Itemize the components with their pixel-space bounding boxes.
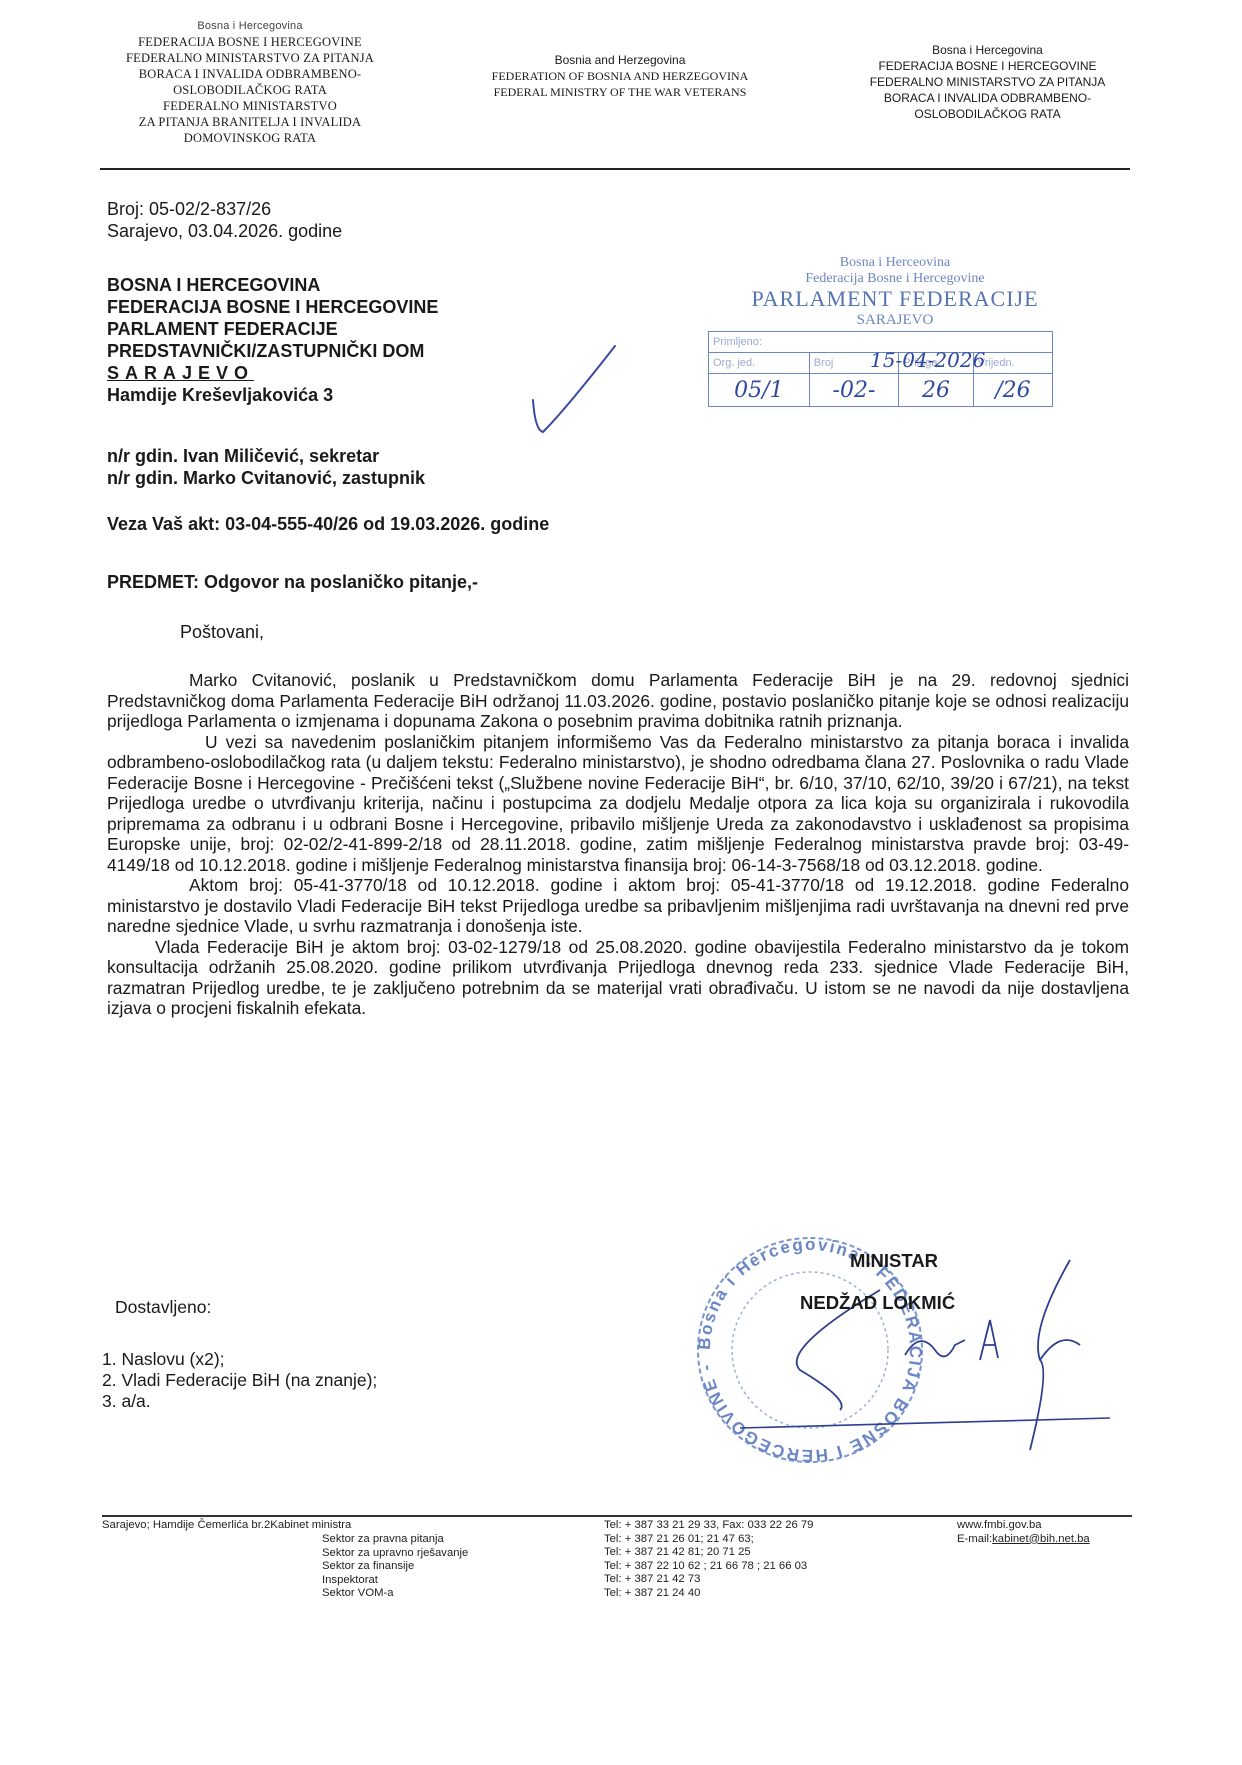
body-paragraph: U vezi sa navedenim poslaničkim pitanjem… [107,732,1129,876]
footer-phone: Tel: + 387 21 24 40 [604,1587,813,1601]
letterhead-right: Bosna i Hercegovina FEDERACIJA BOSNE I H… [830,42,1145,122]
letterhead-left-line: FEDERALNO MINISTARSTVO [80,98,420,114]
letterhead-right-line: Bosna i Hercegovina [830,42,1145,58]
letterhead-divider [100,168,1130,170]
email-label: E-mail: [957,1533,992,1545]
signatory-title: MINISTAR [850,1250,938,1272]
distribution-item: 1. Naslovu (x2); [102,1349,377,1370]
stamp-city: SARAJEVO [700,311,1090,329]
letterhead-right-line: BORACA I INVALIDA ODBRAMBENO- [830,90,1145,106]
distribution-label: Dostavljeno: [115,1297,211,1318]
stamp-header: Org. jed. [709,353,810,374]
checkmark-icon [505,330,625,440]
footer-phone: Tel: + 387 21 42 81; 20 71 25 [604,1546,813,1560]
reference-link: Veza Vaš akt: 03-04-555-40/26 od 19.03.2… [107,514,549,535]
subject-line: PREDMET: Odgovor na poslaničko pitanje,- [107,572,478,593]
letter-body: Marko Cvitanović, poslanik u Predstavnič… [107,670,1129,1019]
footer-sector: Sektor za finansije [322,1560,468,1574]
footer-address: Sarajevo; Hamdije Čemerlića br.2Kabinet … [102,1519,351,1533]
attention-line: n/r gdin. Marko Cvitanović, zastupnik [107,467,425,489]
body-paragraph: Vlada Federacije BiH je aktom broj: 03-0… [107,937,1129,1019]
footer-sector: Kabinet ministra [270,1519,351,1531]
email-link[interactable]: kabinet@bih.net.ba [992,1533,1090,1545]
attention-block: n/r gdin. Ivan Miličević, sekretar n/r g… [107,445,425,489]
recipient-line: BOSNA I HERCEGOVINA [107,274,438,296]
letterhead-middle-line: FEDERAL MINISTRY OF THE WAR VETERANS [420,84,820,100]
footer-sector: Inspektorat [322,1574,468,1588]
reception-stamp: Bosna i Herceovina Federacija Bosne i He… [700,255,1090,407]
recipient-street: Hamdije Kreševljakovića 3 [107,384,438,406]
footer-divider [102,1515,1132,1517]
footer-phone: Tel: + 387 21 42 73 [604,1573,813,1587]
stamp-line: Federacija Bosne i Hercegovine [700,271,1090,287]
footer-sector: Sektor VOM-a [322,1587,468,1601]
letterhead-left-line: FEDERALNO MINISTARSTVO ZA PITANJA [80,50,420,66]
attention-line: n/r gdin. Ivan Miličević, sekretar [107,445,425,467]
letterhead-right-line: OSLOBODILAČKOG RATA [830,106,1145,122]
distribution-list: 1. Naslovu (x2); 2. Vladi Federacije BiH… [102,1349,377,1412]
stamp-line: Bosna i Herceovina [700,255,1090,271]
letterhead-middle-line: Bosnia and Herzegovina [420,52,820,68]
stamp-value: 05/1 [709,374,810,407]
footer-sector: Sektor za pravna pitanja [322,1533,468,1547]
website-link[interactable]: www.fmbi.gov.ba [957,1519,1090,1533]
reference-block: Broj: 05-02/2-837/26 Sarajevo, 03.04.202… [107,198,342,242]
recipient-line: FEDERACIJA BOSNE I HERCEGOVINE [107,296,438,318]
footer-phone: Tel: + 387 33 21 29 33, Fax: 033 22 26 7… [604,1519,813,1533]
footer-phone: Tel: + 387 21 26 01; 21 47 63; [604,1533,813,1547]
distribution-item: 2. Vladi Federacije BiH (na znanje); [102,1370,377,1391]
body-paragraph: Marko Cvitanović, poslanik u Predstavnič… [107,670,1129,732]
footer-sectors: Sektor za pravna pitanja Sektor za uprav… [322,1533,468,1601]
recipient-line: PARLAMENT FEDERACIJE [107,318,438,340]
stamp-received-date: 15-04-2026 [870,348,985,372]
footer-phones: Tel: + 387 33 21 29 33, Fax: 033 22 26 7… [604,1519,813,1601]
stamp-value: -02- [809,374,898,407]
stamp-title: PARLAMENT FEDERACIJE [700,287,1090,311]
stamp-value: /26 [973,374,1052,407]
letterhead-middle-line: FEDERATION OF BOSNIA AND HERZEGOVINA [420,68,820,84]
recipient-line: PREDSTAVNIČKI/ZASTUPNIČKI DOM [107,340,438,362]
letterhead-right-line: FEDERALNO MINISTARSTVO ZA PITANJA [830,74,1145,90]
footer-phone: Tel: + 387 22 10 62 ; 21 66 78 ; 21 66 0… [604,1560,813,1574]
footer-contact: www.fmbi.gov.ba E-mail:kabinet@bih.net.b… [957,1519,1090,1546]
stamp-value: 26 [899,374,974,407]
letterhead-left-line: BORACA I INVALIDA ODBRAMBENO- [80,66,420,82]
letterhead-left-line: Bosna i Hercegovina [80,18,420,34]
reference-place-date: Sarajevo, 03.04.2026. godine [107,220,342,242]
letterhead-left: Bosna i Hercegovina FEDERACIJA BOSNE I H… [80,18,420,146]
salutation: Poštovani, [180,622,264,643]
footer-address-text: Sarajevo; Hamdije Čemerlića br.2 [102,1519,270,1531]
body-paragraph: Aktom broj: 05-41-3770/18 od 10.12.2018.… [107,875,1129,937]
signature-icon [740,1250,1120,1470]
distribution-item: 3. a/a. [102,1391,377,1412]
signatory-name: NEDŽAD LOKMIĆ [800,1292,955,1314]
reference-number: Broj: 05-02/2-837/26 [107,198,342,220]
letterhead-middle: Bosnia and Herzegovina FEDERATION OF BOS… [420,52,820,100]
recipient-city: SARAJEVO [107,363,254,383]
letterhead-left-line: DOMOVINSKOG RATA [80,130,420,146]
letterhead-right-line: FEDERACIJA BOSNE I HERCEGOVINE [830,58,1145,74]
footer-sector: Sektor za upravno rješavanje [322,1547,468,1561]
letterhead-left-line: OSLOBODILAČKOG RATA [80,82,420,98]
letterhead-left-line: FEDERACIJA BOSNE I HERCEGOVINE [80,34,420,50]
letterhead-left-line: ZA PITANJA BRANITELJA I INVALIDA [80,114,420,130]
recipient-address: BOSNA I HERCEGOVINA FEDERACIJA BOSNE I H… [107,274,438,406]
